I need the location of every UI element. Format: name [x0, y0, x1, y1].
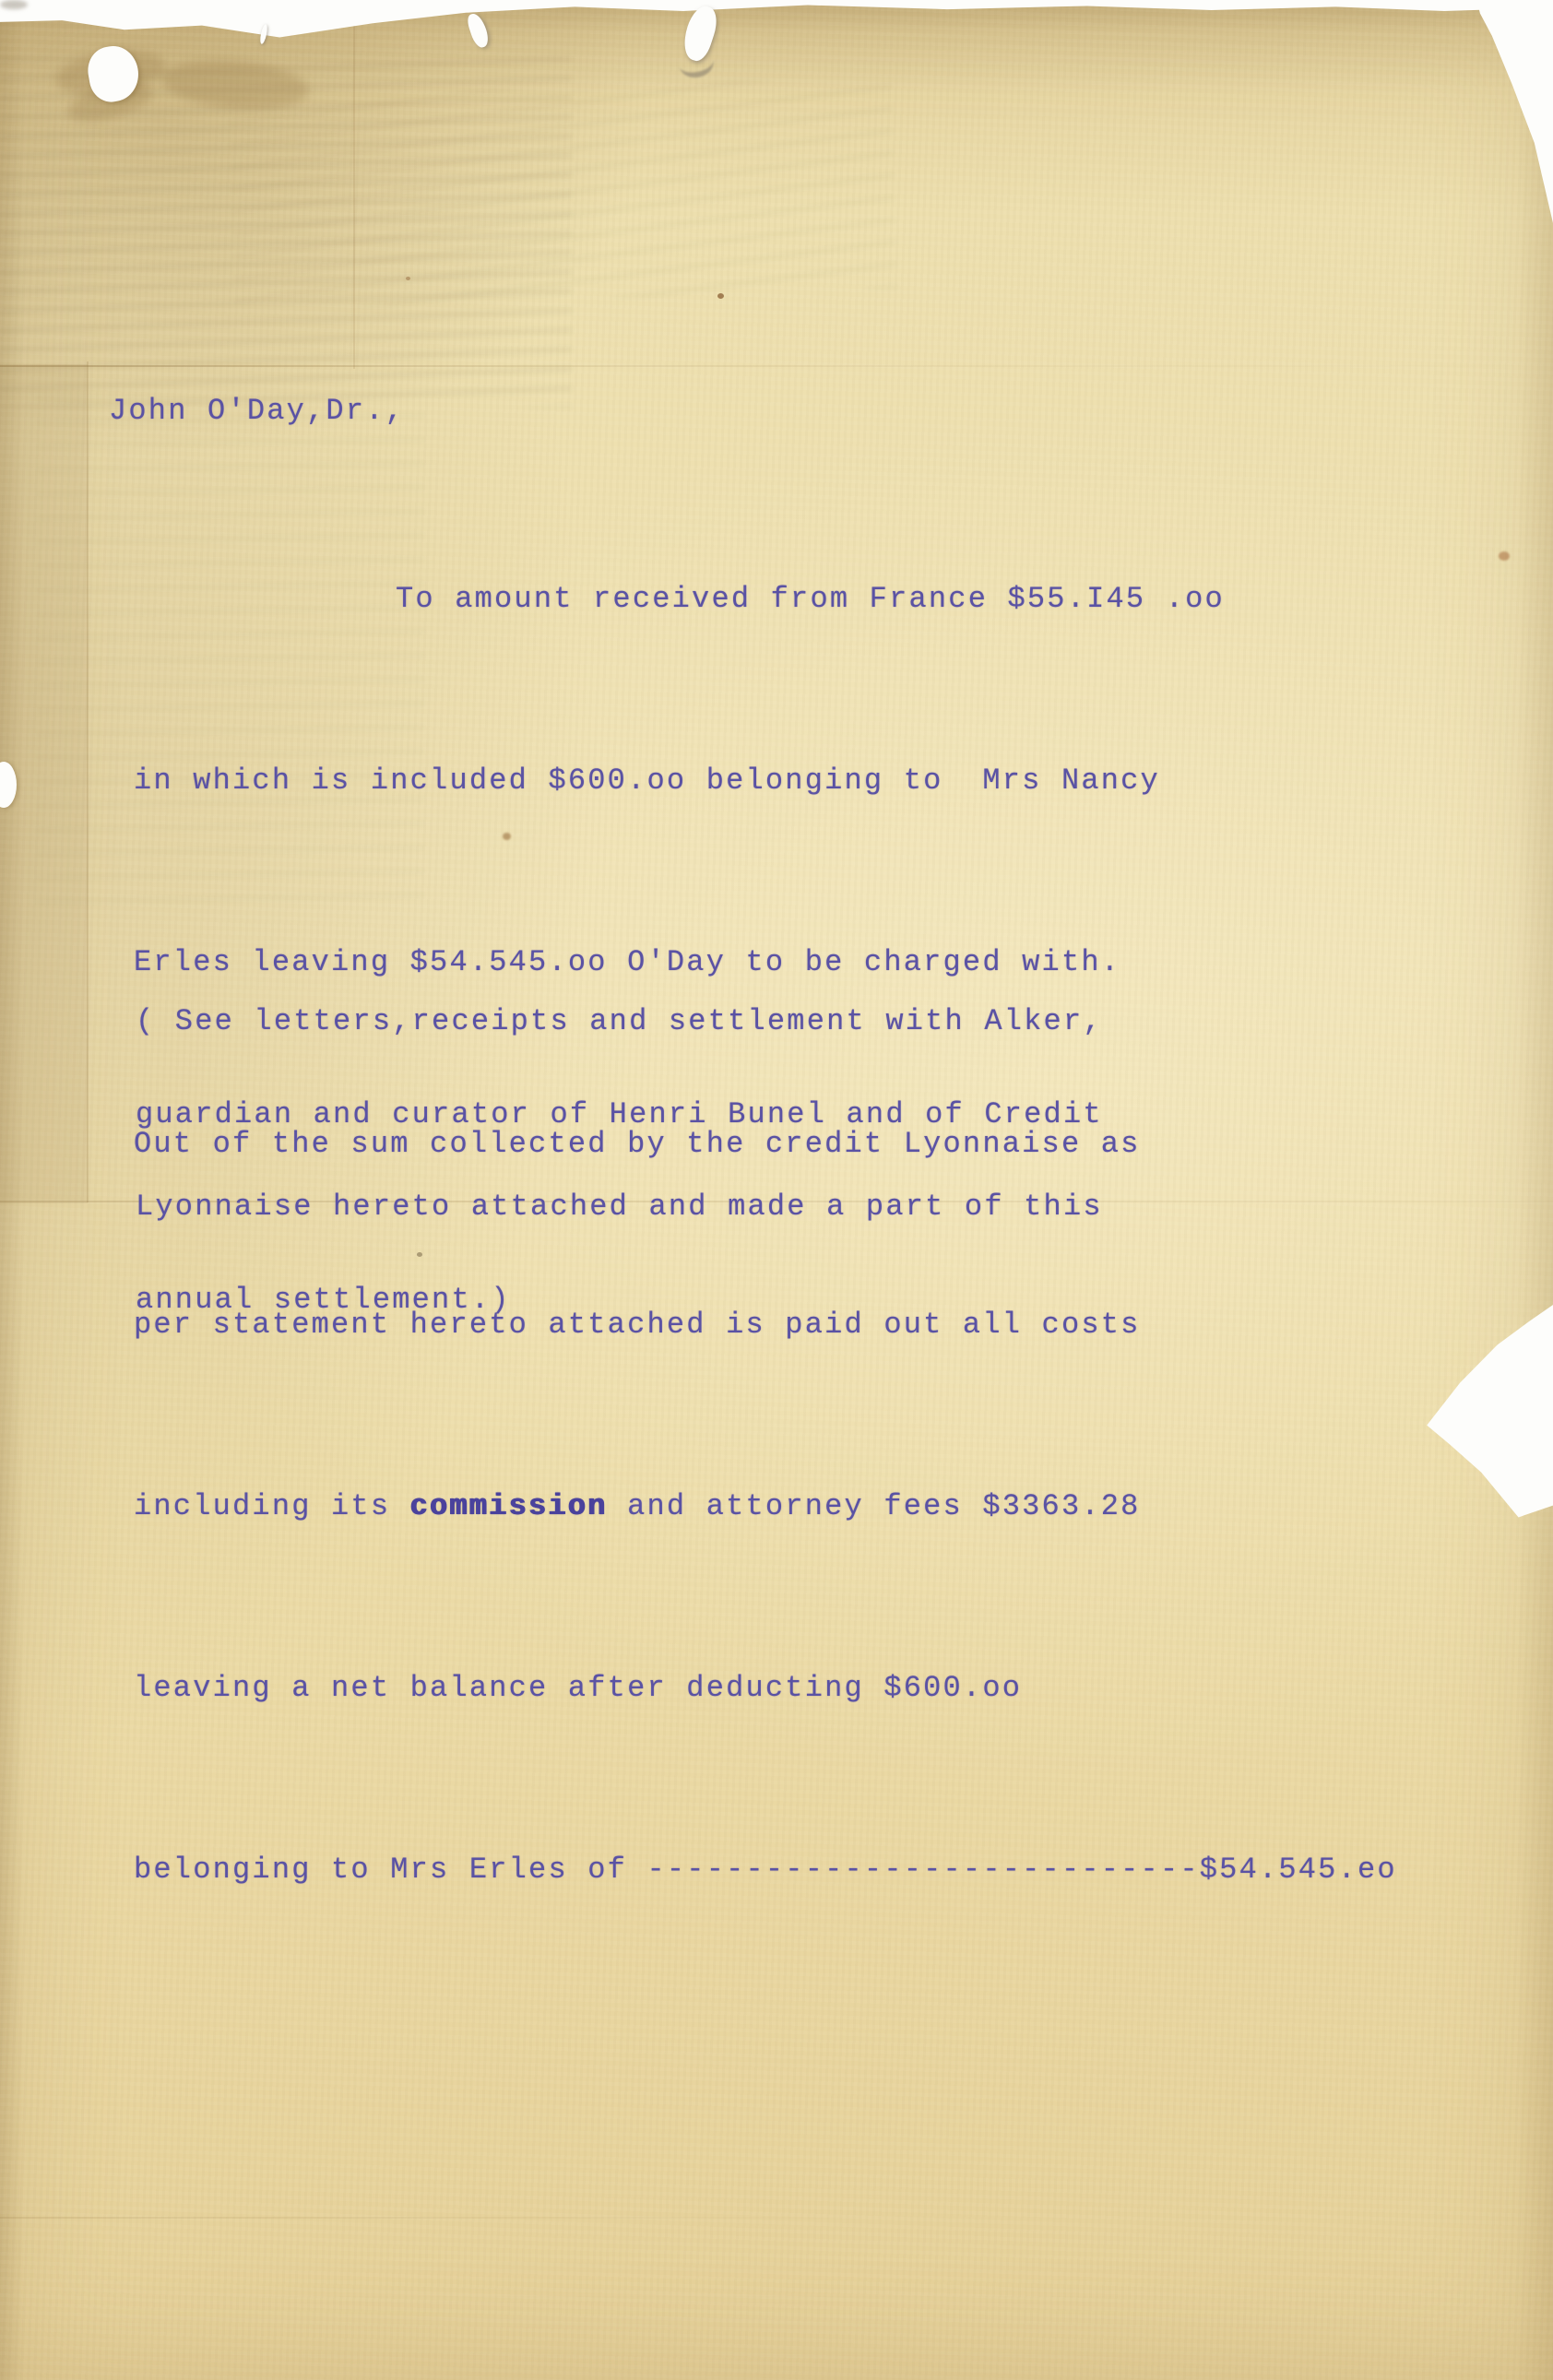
- text-line: To amount received from France $55.I45 .…: [134, 569, 1397, 630]
- attachment-note-paragraph: ( See letters,receipts and settlement wi…: [136, 944, 1103, 1377]
- paper-tear: [466, 11, 492, 49]
- text-line: in which is included $600.oo belonging t…: [134, 751, 1397, 811]
- debtor-heading: John O'Day,Dr.,: [109, 393, 405, 430]
- text-line: guardian and curator of Henri Bunel and …: [136, 1099, 1103, 1131]
- ink-bleed-through: [227, 77, 898, 312]
- stain-speck: [1499, 551, 1510, 561]
- text-line: belonging to Mrs Erles of --------------…: [134, 1840, 1397, 1900]
- stain-speck: [406, 277, 410, 280]
- scanned-paper: John O'Day,Dr., To amount received from …: [0, 0, 1553, 2380]
- paper-tear-shadow: [676, 44, 717, 80]
- paper-tear-shadow: [0, 0, 28, 9]
- text-line: Lyonnaise hereto attached and made a par…: [136, 1191, 1103, 1223]
- torn-edge-notch: [1420, 1284, 1553, 1520]
- text-line-commission: including its commission and attorney fe…: [134, 1476, 1397, 1537]
- torn-top-edge: [0, 0, 1553, 42]
- text-segment: including its: [134, 1489, 410, 1523]
- overstruck-word: commission: [410, 1489, 608, 1523]
- text-line: ( See letters,receipts and settlement wi…: [136, 1006, 1103, 1037]
- torn-corner-top-right: [1468, 0, 1553, 223]
- stain-speck: [717, 293, 724, 299]
- text-line: annual settlement.): [136, 1285, 1103, 1316]
- text-segment: and attorney fees $3363.28: [608, 1489, 1141, 1523]
- horizontal-fold-crease: [0, 2217, 876, 2219]
- text-line: leaving a net balance after deducting $6…: [134, 1658, 1397, 1719]
